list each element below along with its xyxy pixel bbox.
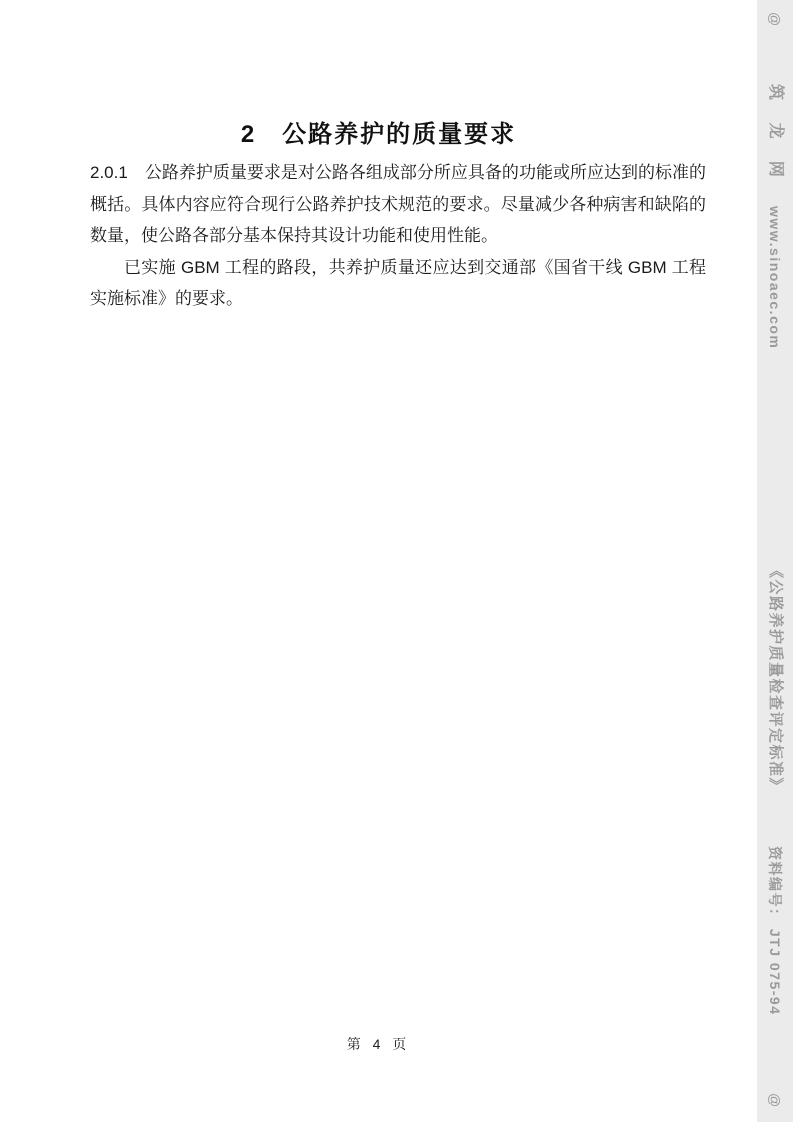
sinoaec-url-watermark: www.sinoaec.com: [757, 206, 793, 349]
paragraph-2-0-1: 2.0.1 公路养护质量要求是对公路各组成部分所应具备的功能或所应达到的标准的概…: [90, 157, 706, 252]
section-title: 2 公路养护的质量要求: [0, 114, 757, 149]
at-sign-watermark-top: @: [757, 12, 793, 26]
page-number: 第 4 页: [0, 1034, 757, 1054]
paragraph-gbm-requirement: 已实施 GBM 工程的路段，共养护质量还应达到交通部《国省干线 GBM 工程实施…: [90, 252, 706, 315]
zhulong-site-name-watermark: 筑 龙 网: [757, 84, 793, 186]
reference-number-watermark: 资料编号： JTJ 075-94: [757, 846, 793, 1016]
watermark-rotated-strip: @ 筑 龙 网 www.sinoaec.com 《公路养护质量检查评定标准》 资…: [757, 0, 793, 1122]
at-sign-watermark-bottom: @: [757, 1093, 793, 1107]
document-body: 2.0.1 公路养护质量要求是对公路各组成部分所应具备的功能或所应达到的标准的概…: [90, 157, 706, 315]
document-page: 2 公路养护的质量要求 2.0.1 公路养护质量要求是对公路各组成部分所应具备的…: [0, 0, 793, 1122]
watermark-sidebar: @ 筑 龙 网 www.sinoaec.com 《公路养护质量检查评定标准》 资…: [757, 0, 793, 1122]
standard-title-watermark: 《公路养护质量检查评定标准》: [757, 563, 793, 794]
